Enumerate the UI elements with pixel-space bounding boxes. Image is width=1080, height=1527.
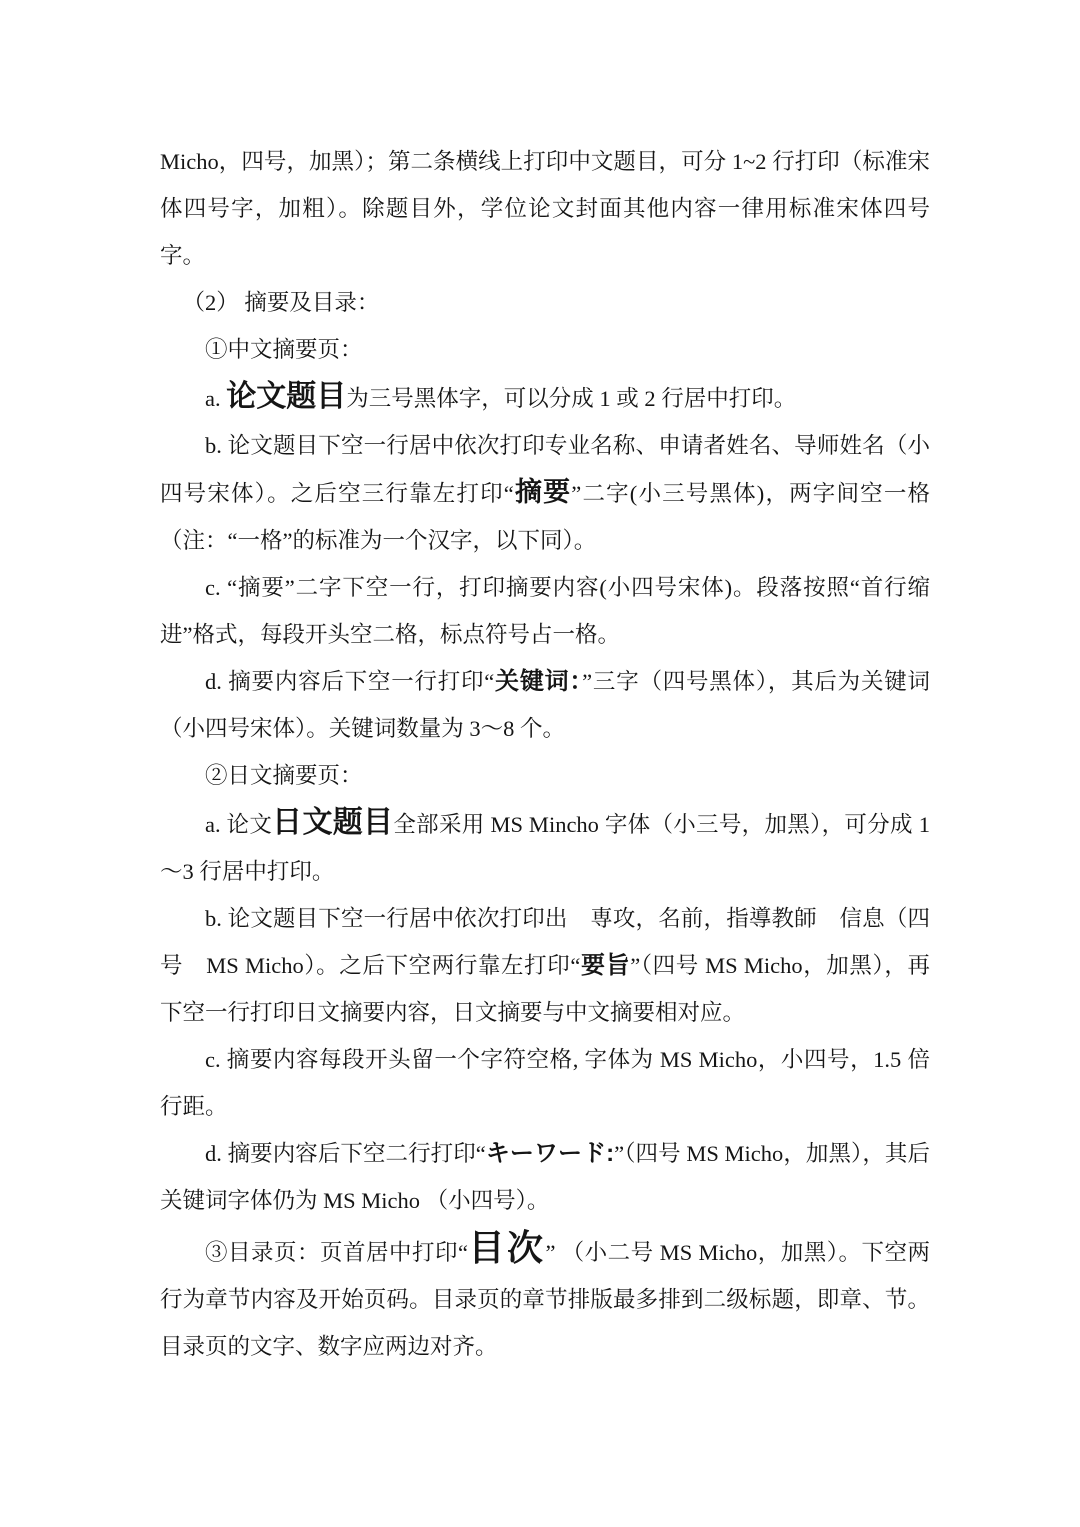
text-run: a. 论文 — [205, 812, 272, 837]
paragraph: （2） 摘要及目录： — [160, 279, 930, 326]
paragraph: a. 论文日文题目全部采用 MS Mincho 字体（小三号，加黑），可分成 1… — [160, 799, 930, 895]
paragraph: b. 论文题目下空一行居中依次打印出 専攻，名前，指導教師 信息（四号 MS M… — [160, 895, 930, 1036]
paragraph: b. 论文题目下空一行居中依次打印专业名称、申请者姓名、导师姓名（小四号宋体）。… — [160, 422, 930, 564]
paragraph: c. “摘要”二字下空一行，打印摘要内容(小四号宋体)。段落按照“首行缩进”格式… — [160, 564, 930, 658]
paragraph: ②日文摘要页： — [160, 752, 930, 799]
emphasis-run: 要旨 — [580, 952, 630, 979]
text-run: c. 摘要内容每段开头留一个字符空格, 字体为 MS Micho，小四号，1.5… — [160, 1047, 930, 1119]
document-page: Micho，四号，加黑）；第二条横线上打印中文题目，可分 1~2 行打印（标准宋… — [0, 0, 1080, 1527]
emphasis-run: 论文题目 — [226, 380, 346, 413]
paragraph: Micho，四号，加黑）；第二条横线上打印中文题目，可分 1~2 行打印（标准宋… — [160, 138, 930, 279]
text-run: ③目录页：页首居中打印“ — [205, 1240, 468, 1265]
emphasis-run: 日文题目 — [272, 806, 393, 839]
emphasis-run: 目次 — [468, 1227, 546, 1268]
paragraph: c. 摘要内容每段开头留一个字符空格, 字体为 MS Micho，小四号，1.5… — [160, 1036, 930, 1130]
text-run: 为三号黑体字，可以分成 1 或 2 行居中打印。 — [346, 386, 796, 411]
document-body: Micho，四号，加黑）；第二条横线上打印中文题目，可分 1~2 行打印（标准宋… — [160, 138, 930, 1370]
text-run: d. 摘要内容后下空二行打印“ — [205, 1141, 486, 1166]
paragraph: ①中文摘要页： — [160, 326, 930, 373]
paragraph: ③目录页：页首居中打印“目次” （小二号 MS Micho，加黑）。下空两行为章… — [160, 1224, 930, 1370]
emphasis-run: 摘要 — [514, 477, 572, 507]
paragraph: d. 摘要内容后下空一行打印“关键词：”三字（四号黑体），其后为关键词（小四号宋… — [160, 658, 930, 752]
paragraph: d. 摘要内容后下空二行打印“キーワード:”（四号 MS Micho，加黑），其… — [160, 1130, 930, 1224]
text-run: （2） 摘要及目录： — [183, 290, 380, 315]
text-run: ②日文摘要页： — [205, 763, 363, 788]
text-run: d. 摘要内容后下空一行打印“ — [205, 669, 494, 694]
text-run: a. — [205, 386, 226, 411]
text-run: Micho，四号，加黑）；第二条横线上打印中文题目，可分 1~2 行打印（标准宋… — [160, 149, 930, 268]
paragraph: a. 论文题目为三号黑体字，可以分成 1 或 2 行居中打印。 — [160, 373, 930, 422]
emphasis-run: 关键词： — [494, 668, 582, 695]
emphasis-run: キーワード: — [486, 1140, 614, 1167]
text-run: ①中文摘要页： — [205, 337, 363, 362]
text-run: c. “摘要”二字下空一行，打印摘要内容(小四号宋体)。段落按照“首行缩进”格式… — [160, 575, 930, 647]
